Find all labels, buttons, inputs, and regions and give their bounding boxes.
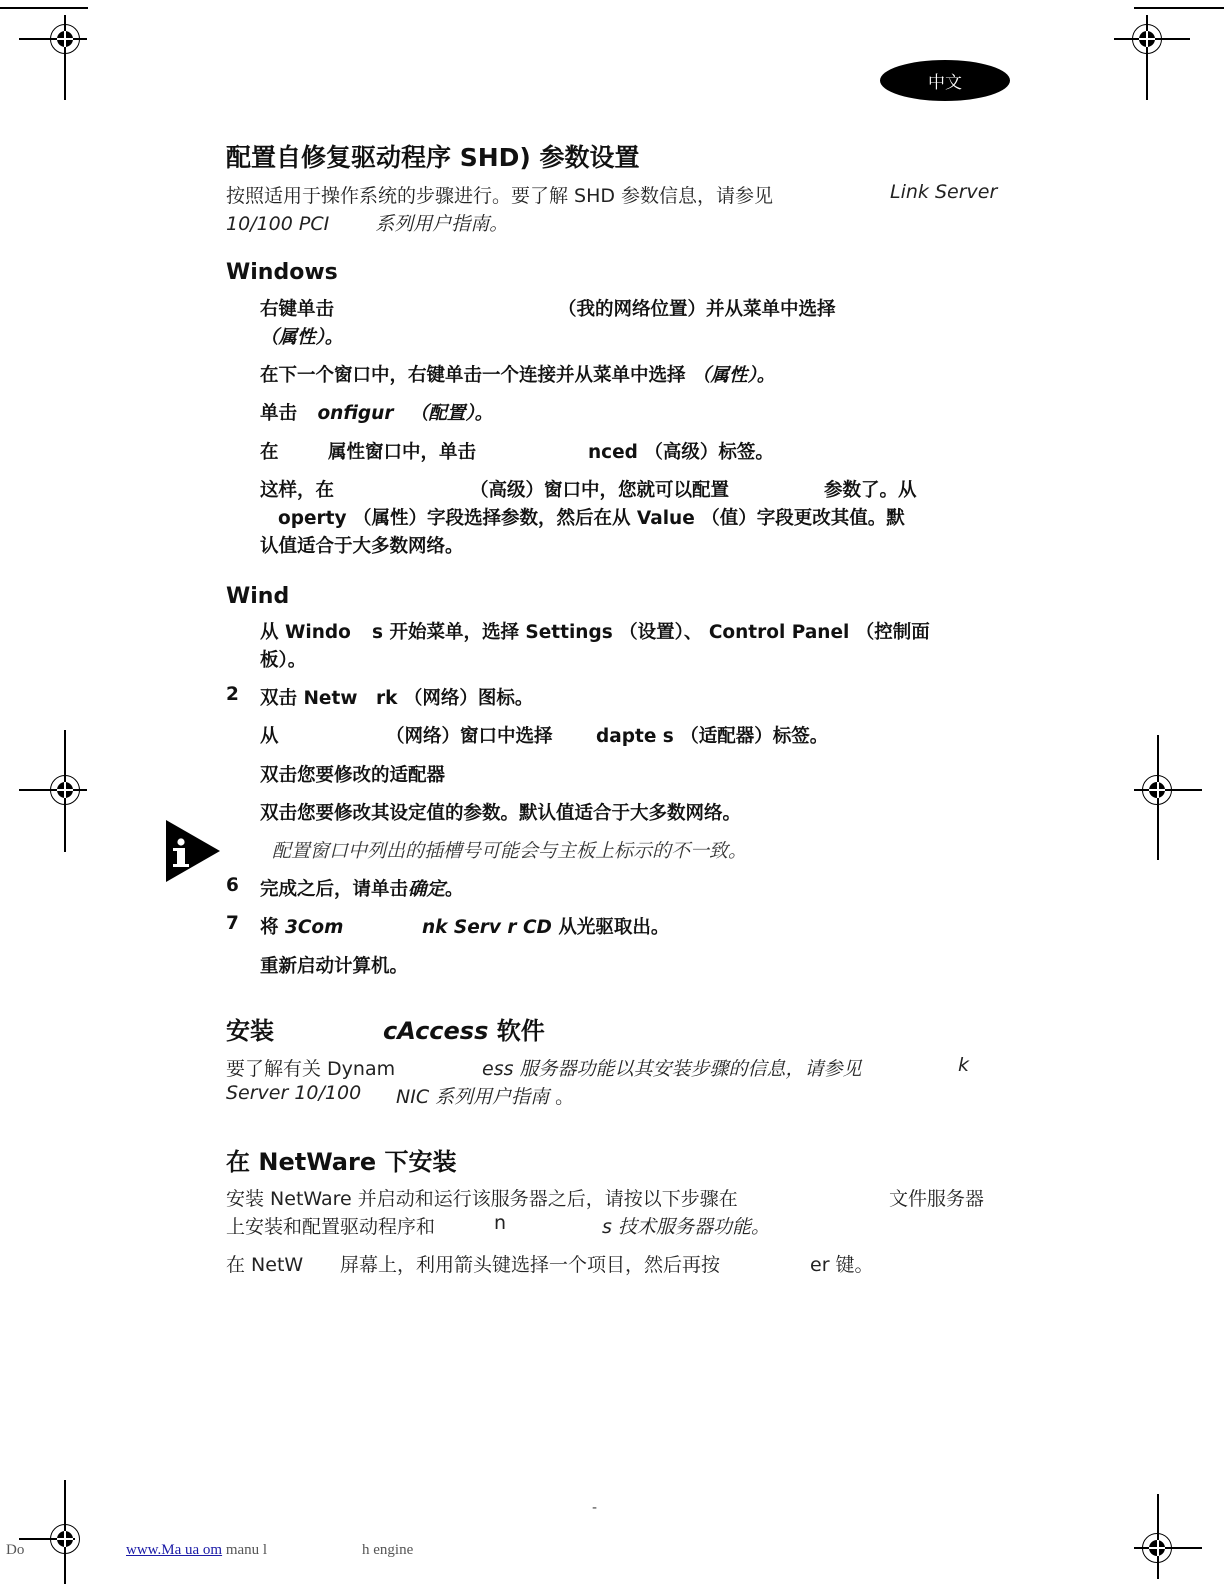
section-title-netware: 在 NetWare 下安装 [226, 1142, 456, 1177]
netware-para1-line1: 安装 NetWare 并启动和运行该服务器之后，请按以下步骤在 [226, 1184, 738, 1211]
dynamic-access-line1-c: k [958, 1054, 969, 1076]
netware-para1-line1-b: 文件服务器 [889, 1184, 984, 1211]
wind-step-7: 将 3Com [260, 913, 343, 939]
wind-step-3-b: （网络）窗口中选择 [386, 722, 553, 748]
windows-step-2: 在下一个窗口中，右键单击一个连接并从菜单中选择 （属性）。 [260, 361, 775, 387]
wind-step-4: 双击您要修改的适配器 [260, 761, 445, 787]
footer-link[interactable]: www.Ma ua om [126, 1542, 222, 1558]
wind-step-6: 完成之后，请单击确定。 [260, 875, 464, 901]
windows-step-1-cont: （我的网络位置）并从菜单中选择 [558, 295, 836, 321]
netware-para2-b: 屏幕上，利用箭头键选择一个项目，然后再按 [340, 1250, 720, 1277]
registration-mark-icon [1080, 720, 1224, 860]
wind-step-1-b: s 开始菜单，选择 Settings （设置）、 Control Panel （… [372, 618, 930, 644]
windows-step-1-line2: （属性）。 [260, 323, 343, 349]
windows-step-5: 这样，在 [260, 476, 334, 502]
netware-para2: 在 NetW [226, 1250, 303, 1277]
registration-mark-icon [0, 720, 120, 860]
info-note: 配置窗口中列出的插槽号可能会与主板上标示的不一致。 [272, 836, 747, 863]
dynamic-access-line1-b: ess 服务器功能以其安装步骤的信息，请参见 [482, 1054, 862, 1081]
step-number: 7 [226, 913, 239, 934]
page-number: - [592, 1500, 597, 1516]
registration-mark-icon [1080, 1470, 1224, 1584]
netware-para1-line2-c: s 技术服务器功能。 [602, 1212, 770, 1239]
footer-tail: h engine [362, 1542, 413, 1559]
dynamic-access-line2-b: NIC 系列用户指南 。 [396, 1082, 574, 1109]
windows-step-1: 右键单击 [260, 295, 334, 321]
windows-step-5-line3: 认值适合于大多数网络。 [260, 532, 464, 558]
windows-step-5-c: 参数了。从 [824, 476, 917, 502]
section-title-dynamic-access-b: cAccess 软件 [383, 1011, 545, 1046]
wind-step-2-b: rk （网络）图标。 [376, 684, 533, 710]
wind-step-1: 从 Windo [260, 618, 351, 644]
dynamic-access-line1: 要了解有关 Dynam [226, 1054, 395, 1081]
section-heading-windows: Windows [226, 260, 338, 285]
section-title-shd: 配置自修复驱动程序 SHD) 参数设置 [226, 138, 640, 174]
registration-mark-icon [1080, 0, 1224, 110]
step-number: 2 [226, 684, 239, 705]
wind-step-1-line2: 板）。 [260, 646, 306, 672]
windows-step-3: 单击 onfigur （配置）。 [260, 399, 493, 425]
section-title-dynamic-access: 安装 [226, 1011, 274, 1046]
language-badge: 中文 [880, 60, 1010, 101]
step-number: 6 [226, 875, 239, 896]
section-heading-wind: Wind [226, 584, 289, 609]
windows-step-4-b: 属性窗口中，单击 [328, 438, 476, 464]
wind-step-7-b: nk Serv r CD 从光驱取出。 [422, 913, 669, 939]
footer-prefix: Do [6, 1542, 24, 1559]
wind-step-3-c: dapte s （适配器）标签。 [596, 722, 828, 748]
netware-para1-line2-b: n [494, 1212, 506, 1234]
netware-para2-c: er 键。 [810, 1250, 874, 1277]
wind-step-5: 双击您要修改其设定值的参数。默认值适合于大多数网络。 [260, 799, 741, 825]
language-label: 中文 [928, 68, 962, 93]
wind-step-8: 重新启动计算机。 [260, 952, 408, 978]
wind-step-2: 双击 Netw [260, 684, 357, 710]
windows-step-4: 在 [260, 438, 279, 464]
registration-mark-icon [0, 0, 120, 110]
shd-intro-line1: 按照适用于操作系统的步骤进行。要了解 SHD 参数信息，请参见 [226, 181, 773, 208]
shd-intro-ref: Link Server [890, 181, 997, 203]
windows-step-5-line2: operty （属性）字段选择参数，然后在从 Value （值）字段更改其值。默 [278, 504, 905, 530]
shd-intro-line2: 10/100 PCI 系列用户指南。 [226, 209, 508, 236]
windows-step-4-c: nced （高级）标签。 [588, 438, 774, 464]
windows-step-5-b: （高级）窗口中，您就可以配置 [470, 476, 729, 502]
info-icon [166, 820, 220, 882]
netware-para1-line2: 上安装和配置驱动程序和 [226, 1212, 435, 1239]
registration-mark-icon [0, 1470, 120, 1584]
wind-step-3: 从 [260, 722, 279, 748]
dynamic-access-line2: Server 10/100 [226, 1082, 361, 1104]
footer-line: www.Ma ua om manu l [126, 1542, 267, 1559]
